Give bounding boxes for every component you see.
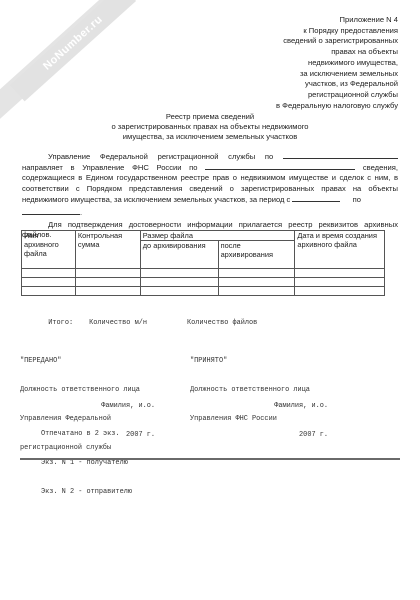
period-to-field[interactable] (22, 207, 80, 215)
cell[interactable] (22, 269, 76, 278)
title-line: о зарегистрированных правах на объекты н… (40, 122, 380, 132)
sender-region-field[interactable] (283, 151, 398, 159)
recipient-text: направляет в Управление ФНС России по (22, 163, 198, 172)
title-line: Реестр приема сведений (40, 112, 380, 122)
footer-divider (20, 458, 400, 460)
table-header-row: Имя архивного файла Контрольная сумма Ра… (22, 231, 385, 241)
right-name-block: Фамилия, и.о. 2007 г. (268, 383, 328, 450)
table-row (22, 287, 385, 296)
appendix-line: недвижимого имущества, (228, 58, 398, 69)
cell[interactable] (140, 287, 218, 296)
document-body: Управление Федеральной регистрационной с… (22, 151, 398, 241)
status-accepted: "ПРИНЯТО" (190, 357, 310, 367)
appendix-header: Приложение N 4 к Порядку предоставления … (228, 15, 398, 111)
media-count-label: Количество м/н (89, 319, 147, 327)
totals-label: Итого: (48, 319, 73, 327)
cell[interactable] (75, 287, 140, 296)
cell[interactable] (140, 278, 218, 287)
header-file-name: Имя архивного файла (22, 231, 76, 269)
appendix-line: Приложение N 4 (228, 15, 398, 26)
appendix-line: к Порядку предоставления (228, 26, 398, 37)
right-name: Фамилия, и.о. (268, 402, 328, 412)
cell[interactable] (295, 269, 385, 278)
document-title: Реестр приема сведений о зарегистрирован… (40, 112, 380, 142)
table-row (22, 278, 385, 287)
status-transferred: "ПЕРЕДАНО" (20, 357, 140, 367)
paragraph-recipient: направляет в Управление ФНС России по св… (22, 162, 398, 173)
period-text: содержащиеся в Едином государственном ре… (22, 173, 398, 203)
header-datetime: Дата и время создания архивного файла (295, 231, 385, 269)
right-year: 2007 г. (268, 431, 328, 441)
cell[interactable] (75, 269, 140, 278)
period-from-field[interactable] (292, 194, 340, 202)
cell[interactable] (218, 269, 295, 278)
info-text: сведения, (363, 163, 398, 172)
totals-line: Итого:Количество м/нКоличество файлов (40, 309, 257, 328)
cell[interactable] (22, 278, 76, 287)
cell[interactable] (218, 278, 295, 287)
header-file-size: Размер файла (140, 231, 295, 241)
cell[interactable] (140, 269, 218, 278)
copy-recipient: Экз. N 1 - получателю (41, 459, 132, 469)
file-count-label: Количество файлов (187, 319, 257, 327)
cell[interactable] (295, 287, 385, 296)
appendix-line: сведений о зарегистрированных (228, 36, 398, 47)
sender-text: Управление Федеральной регистрационной с… (48, 152, 273, 161)
appendix-line: регистрационной службы (228, 90, 398, 101)
copy-sender: Экз. N 2 - отправителю (41, 488, 132, 498)
appendix-line: правах на объекты (228, 47, 398, 58)
paragraph-period-end: . (22, 207, 398, 218)
recipient-region-field[interactable] (205, 162, 355, 170)
paragraph-sender: Управление Федеральной регистрационной с… (22, 151, 398, 162)
appendix-line: участков, из Федеральной (228, 79, 398, 90)
appendix-line: за исключением земельных (228, 69, 398, 80)
watermark: NoNumber.ru (10, 0, 136, 101)
header-checksum: Контрольная сумма (75, 231, 140, 269)
header-size-before: до архивирования (140, 241, 218, 269)
cell[interactable] (218, 287, 295, 296)
archive-files-table: Имя архивного файла Контрольная сумма Ра… (21, 230, 385, 296)
cell[interactable] (295, 278, 385, 287)
period-dot: . (80, 208, 82, 217)
cell[interactable] (22, 287, 76, 296)
appendix-line: в Федеральную налоговую службу (228, 101, 398, 112)
cell[interactable] (75, 278, 140, 287)
table-row (22, 269, 385, 278)
copies-printed: Отпечатано в 2 экз. (41, 430, 132, 440)
header-size-after: после архивирования (218, 241, 295, 269)
period-to-text: по (353, 195, 361, 204)
paragraph-period: содержащиеся в Едином государственном ре… (22, 173, 398, 205)
title-line: имущества, за исключением земельных учас… (40, 132, 380, 142)
